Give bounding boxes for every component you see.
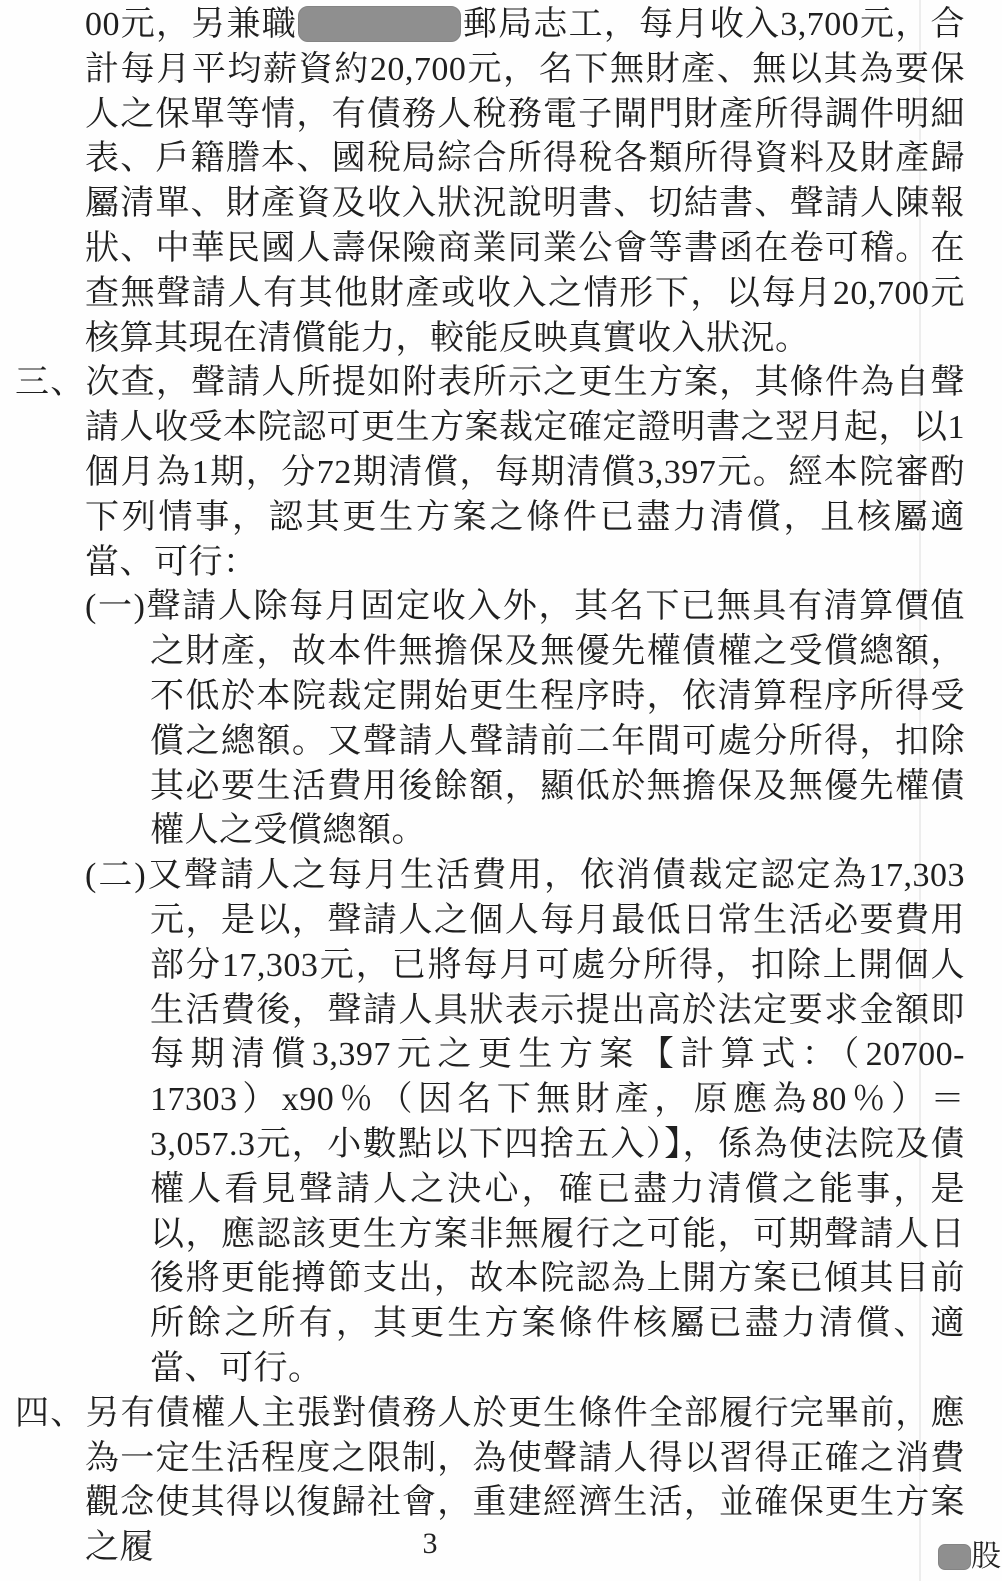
redaction-box-employer-name bbox=[298, 6, 461, 42]
clerk-stamp: 股 bbox=[938, 1541, 1001, 1573]
item-3-marker: 三、 bbox=[15, 364, 85, 401]
paragraph-item-3-sub-2: (二)又聲請人之每月生活費用，依消債裁定認定為17,303元，是以，聲請人之個人… bbox=[0, 854, 965, 1392]
item-3-sub-1-marker: (一) bbox=[85, 588, 145, 625]
page-number: 3 bbox=[345, 1527, 515, 1561]
item-4-marker: 四、 bbox=[15, 1395, 85, 1432]
document-body: 00元，另兼職郵局志工，每月收入3,700元，合計每月平均薪資約20,700元，… bbox=[0, 3, 965, 1571]
item-3-sub-1-text: 聲請人除每月固定收入外，其名下已無具有清算價值之財產，故本件無擔保及無優先權債權… bbox=[145, 588, 965, 849]
redaction-box-clerk-name bbox=[938, 1544, 971, 1570]
paragraph-item-3-sub-1: (一)聲請人除每月固定收入外，其名下已無具有清算價值之財產，故本件無擔保及無優先… bbox=[0, 585, 965, 854]
item-3-sub-2-text: 又聲請人之每月生活費用，依消債裁定認定為17,303元，是以，聲請人之個人每月最… bbox=[146, 857, 965, 1387]
item-3-text: 次查，聲請人所提如附表所示之更生方案，其條件為自聲請人收受本院認可更生方案裁定確… bbox=[85, 364, 965, 580]
item-4-text: 另有債權人主張對債務人於更生條件全部履行完畢前，應為一定生活程度之限制，為使聲請… bbox=[85, 1395, 965, 1566]
scanned-court-document-page: 00元，另兼職郵局志工，每月收入3,700元，合計每月平均薪資約20,700元，… bbox=[0, 0, 1002, 1581]
clerk-suffix-label: 股 bbox=[971, 1540, 1001, 1573]
item-3-sub-2-marker: (二) bbox=[85, 857, 146, 894]
text-before-redaction: 00元，另兼職 bbox=[85, 6, 297, 43]
paragraph-income-continuation: 00元，另兼職郵局志工，每月收入3,700元，合計每月平均薪資約20,700元，… bbox=[0, 3, 965, 361]
text-after-redaction: 郵局志工，每月收入3,700元，合計每月平均薪資約20,700元，名下無財產、無… bbox=[85, 6, 965, 357]
paragraph-item-3: 三、次查，聲請人所提如附表所示之更生方案，其條件為自聲請人收受本院認可更生方案裁… bbox=[0, 361, 965, 585]
